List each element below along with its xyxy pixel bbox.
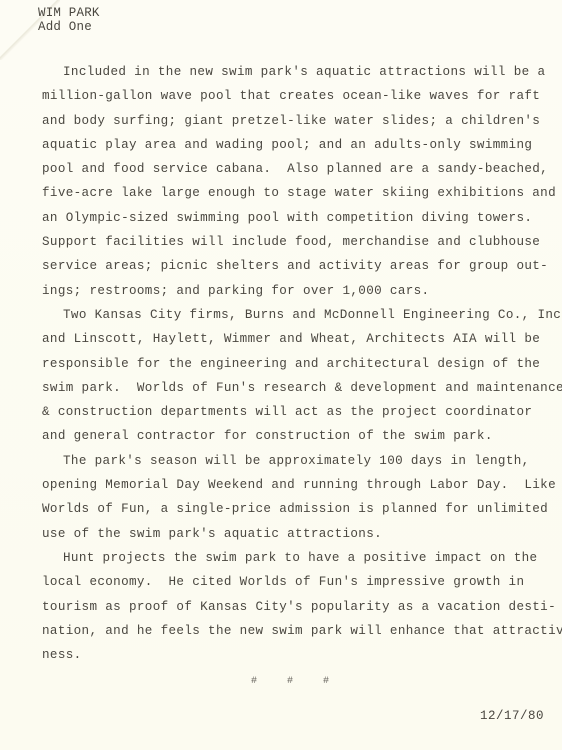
- text-line: pool and food service cabana. Also plann…: [42, 157, 542, 181]
- text-line: Included in the new swim park's aquatic …: [42, 60, 542, 84]
- document-page: WIM PARK Add One Included in the new swi…: [0, 0, 562, 750]
- text-line: & construction departments will act as t…: [42, 400, 542, 424]
- text-line: tourism as proof of Kansas City's popula…: [42, 595, 542, 619]
- text-line: The park's season will be approximately …: [42, 449, 542, 473]
- text-line: million-gallon wave pool that creates oc…: [42, 84, 542, 108]
- text-line: and body surfing; giant pretzel-like wat…: [42, 109, 542, 133]
- end-marks: # # #: [251, 676, 341, 687]
- paragraph: The park's season will be approximately …: [42, 449, 542, 546]
- text-line: five-acre lake large enough to stage wat…: [42, 181, 542, 205]
- paragraph: Included in the new swim park's aquatic …: [42, 60, 542, 303]
- text-line: service areas; picnic shelters and activ…: [42, 254, 542, 278]
- text-line: nation, and he feels the new swim park w…: [42, 619, 542, 643]
- text-line: responsible for the engineering and arch…: [42, 352, 542, 376]
- document-body: Included in the new swim park's aquatic …: [42, 60, 542, 667]
- text-line: opening Memorial Day Weekend and running…: [42, 473, 542, 497]
- text-line: aquatic play area and wading pool; and a…: [42, 133, 542, 157]
- document-header: WIM PARK Add One: [38, 6, 100, 34]
- slug-line: WIM PARK: [38, 6, 100, 20]
- text-line: ness.: [42, 643, 542, 667]
- paragraph: Hunt projects the swim park to have a po…: [42, 546, 542, 667]
- text-line: Hunt projects the swim park to have a po…: [42, 546, 542, 570]
- text-line: and Linscott, Haylett, Wimmer and Wheat,…: [42, 327, 542, 351]
- page-label: Add One: [38, 20, 100, 34]
- text-line: local economy. He cited Worlds of Fun's …: [42, 570, 542, 594]
- text-line: swim park. Worlds of Fun's research & de…: [42, 376, 542, 400]
- paragraph: Two Kansas City firms, Burns and McDonne…: [42, 303, 542, 449]
- text-line: an Olympic-sized swimming pool with comp…: [42, 206, 542, 230]
- text-line: Worlds of Fun, a single-price admission …: [42, 497, 542, 521]
- text-line: Support facilities will include food, me…: [42, 230, 542, 254]
- text-line: ings; restrooms; and parking for over 1,…: [42, 279, 542, 303]
- text-line: and general contractor for construction …: [42, 424, 542, 448]
- text-line: Two Kansas City firms, Burns and McDonne…: [42, 303, 542, 327]
- document-date: 12/17/80: [480, 709, 544, 723]
- text-line: use of the swim park's aquatic attractio…: [42, 522, 542, 546]
